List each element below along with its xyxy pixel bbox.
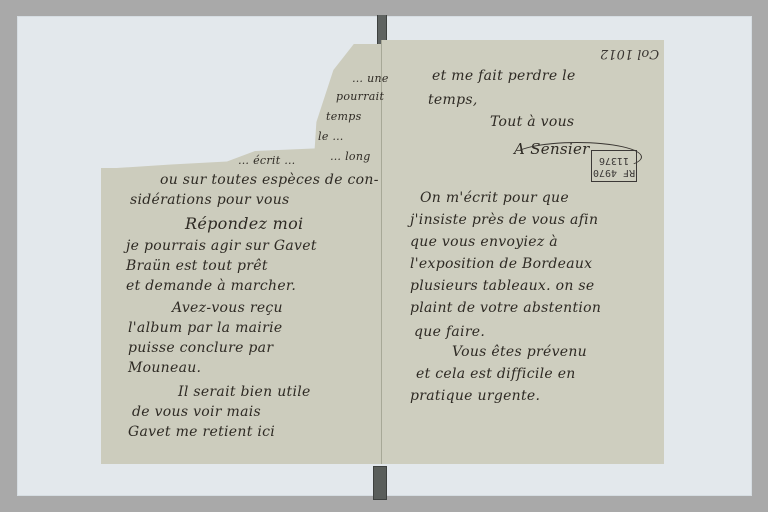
letter-line: j'insiste près de vous afin — [410, 212, 598, 228]
letter-line: de vous voir mais — [132, 404, 261, 420]
letter-line: Tout à vous — [490, 114, 574, 130]
stamp-line: RF 4970 — [593, 166, 635, 178]
letter-line: que vous envoyiez à — [410, 234, 558, 250]
binding-clip-bottom — [373, 466, 387, 500]
letter-line: Gavet me retient ici — [128, 424, 275, 440]
letter-line: temps, — [428, 92, 478, 108]
letter-line: pratique urgente. — [410, 388, 540, 404]
letter-line: Avez-vous reçu — [172, 300, 283, 316]
letter-line: Mouneau. — [128, 360, 201, 376]
letter-line: et demande à marcher. — [126, 278, 296, 294]
letter-line: et cela est difficile en — [416, 366, 576, 382]
letter-line: ou sur toutes espèces de con- — [160, 172, 379, 188]
letter-line: On m'écrit pour que — [420, 190, 569, 206]
letter-line: l'album par la mairie — [128, 320, 282, 336]
letter-line: et me fait perdre le — [432, 68, 576, 84]
letter-line: plusieurs tableaux. on se — [410, 278, 594, 294]
reference-number: Col 1012 — [600, 46, 659, 61]
letter-line: je pourrais agir sur Gavet — [126, 238, 317, 254]
letter-line: l'exposition de Bordeaux — [410, 256, 592, 272]
collection-stamp: RF 4970 11376 — [591, 150, 637, 182]
letter-line: Il serait bien utile — [178, 384, 311, 400]
letter-line: puisse conclure par — [128, 340, 273, 356]
letter-line: Braün est tout prêt — [126, 258, 268, 274]
stamp-line: 11376 — [599, 154, 629, 166]
tab-fragment: pourrait — [336, 90, 384, 103]
tab-fragment: … long — [330, 150, 371, 163]
letter-line: … écrit … — [238, 154, 296, 167]
tab-fragment: le … — [318, 130, 344, 143]
letter-line: plaint de votre abstention — [410, 300, 601, 316]
tab-fragment: … une — [352, 72, 389, 85]
letter-line: que faire. — [414, 324, 485, 340]
tab-fragment: temps — [326, 110, 362, 123]
letter-line: sidérations pour vous — [130, 192, 290, 208]
letter-line: Répondez moi — [185, 214, 303, 233]
letter-line: Vous êtes prévenu — [452, 344, 587, 360]
